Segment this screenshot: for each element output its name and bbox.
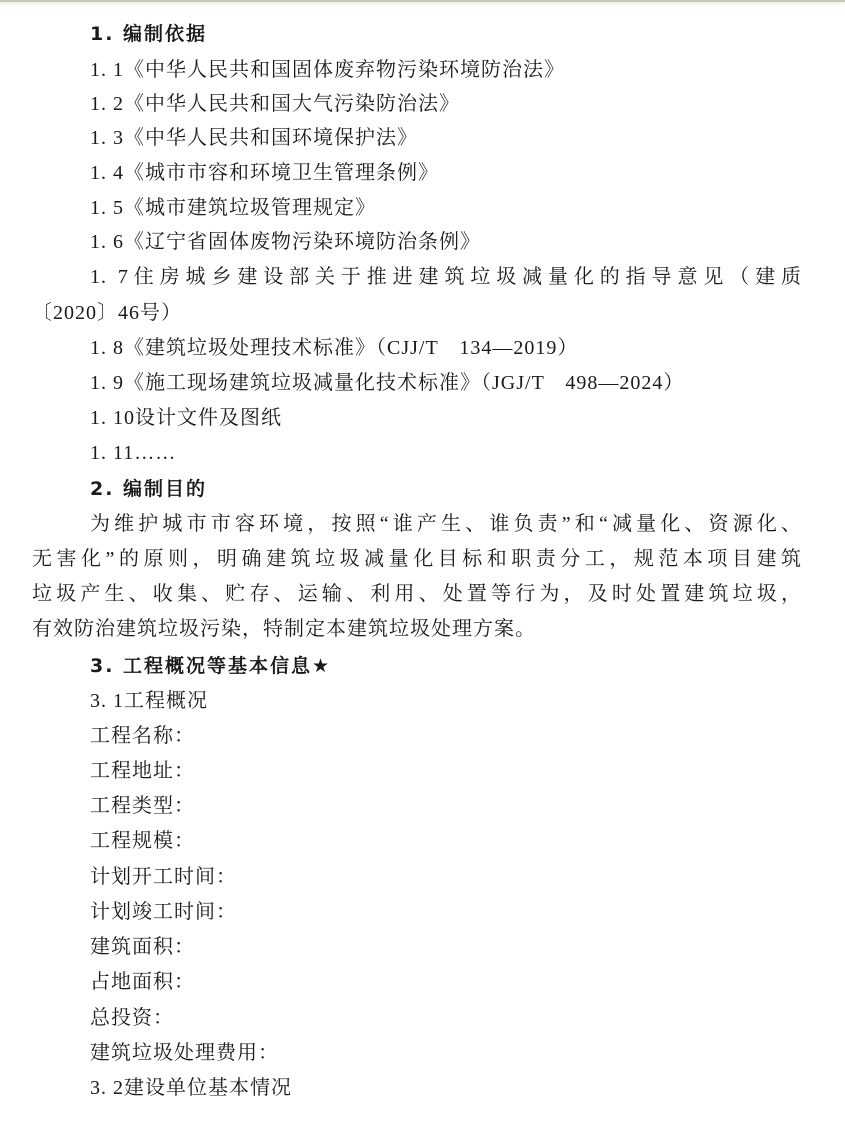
field-building-area: 建筑面积：: [90, 933, 195, 961]
basis-item: 1. 1《中华人民共和国固体废弃物污染环境防治法》: [90, 56, 565, 84]
basis-item: 1. 6《辽宁省固体废物污染环境防治条例》: [90, 228, 481, 256]
purpose-paragraph-line: 为维护城市市容环境，按照“谁产生、谁负责”和“减量化、资源化、: [90, 510, 802, 538]
field-total-investment: 总投资：: [90, 1004, 174, 1032]
field-project-address: 工程地址：: [90, 757, 195, 785]
basis-item: 1. 3《中华人民共和国环境保护法》: [90, 124, 418, 152]
field-project-scale: 工程规模：: [90, 827, 195, 855]
basis-item: 1. 10设计文件及图纸: [90, 404, 282, 432]
basis-item: 1. 9《施工现场建筑垃圾减量化技术标准》（JGJ/T 498—2024）: [90, 369, 684, 397]
subsection-heading: 3. 1工程概况: [90, 687, 208, 715]
basis-item: 1. 4《城市市容和环境卫生管理条例》: [90, 159, 439, 187]
basis-item: 1. 2《中华人民共和国大气污染防治法》: [90, 90, 460, 118]
field-project-type: 工程类型：: [90, 792, 195, 820]
basis-item: 1. 7住房城乡建设部关于推进建筑垃圾减量化的指导意见（建质: [90, 263, 802, 291]
basis-item-continuation: 〔2020〕46号）: [32, 299, 182, 327]
field-planned-completion: 计划竣工时间：: [90, 898, 237, 926]
subsection-heading: 3. 2建设单位基本情况: [90, 1074, 292, 1102]
basis-item: 1. 8《建筑垃圾处理技术标准》（CJJ/T 134—2019）: [90, 334, 578, 362]
field-project-name: 工程名称：: [90, 722, 195, 750]
basis-item: 1. 11……: [90, 439, 176, 467]
purpose-paragraph-line: 有效防治建筑垃圾污染，特制定本建筑垃圾处理方案。: [32, 615, 536, 643]
field-land-area: 占地面积：: [90, 968, 195, 996]
field-planned-start: 计划开工时间：: [90, 863, 237, 891]
basis-item: 1. 5《城市建筑垃圾管理规定》: [90, 194, 376, 222]
section-3-heading: 3. 工程概况等基本信息★: [90, 652, 331, 680]
field-waste-disposal-cost: 建筑垃圾处理费用：: [90, 1039, 279, 1067]
top-border: [0, 0, 845, 2]
purpose-paragraph-line: 垃圾产生、收集、贮存、运输、利用、处置等行为，及时处置建筑垃圾，: [32, 580, 802, 608]
section-2-heading: 2. 编制目的: [90, 475, 207, 503]
purpose-paragraph-line: 无害化”的原则，明确建筑垃圾减量化目标和职责分工，规范本项目建筑: [32, 545, 802, 573]
section-1-heading: 1. 编制依据: [90, 20, 207, 48]
